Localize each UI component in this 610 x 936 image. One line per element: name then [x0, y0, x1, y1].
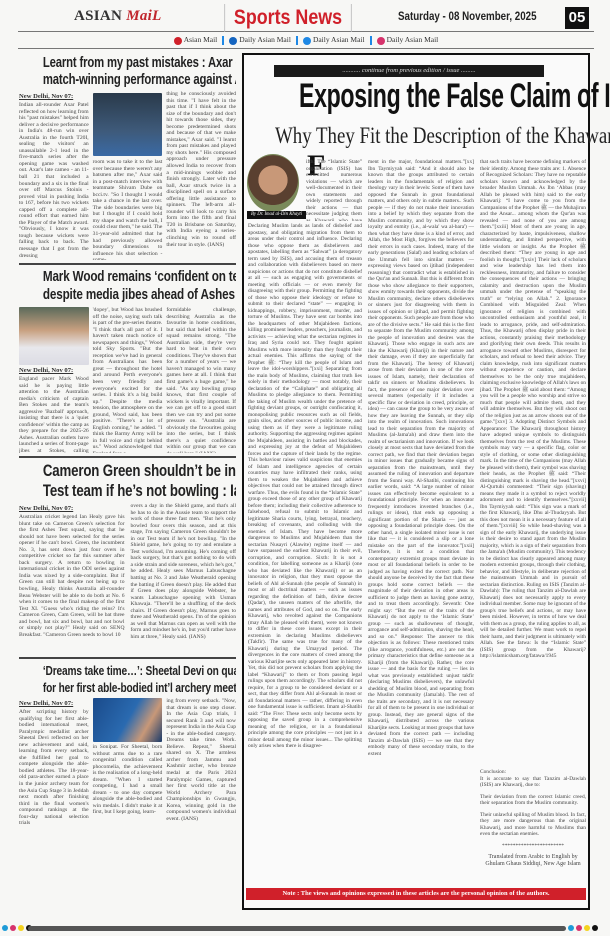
page-number: 05	[565, 7, 589, 29]
article-mark-wood: Mark Wood remains ‘confident on team’ de…	[19, 268, 236, 453]
article-text: England pacer Mark Wood said he is payin…	[19, 376, 89, 453]
social-label: Asian Mail	[184, 35, 218, 44]
mark-wood-photo	[19, 307, 89, 365]
cyan-mark	[568, 925, 574, 931]
article-text: formidable challenge, describing Austral…	[166, 307, 236, 453]
feature-column-2: ment in the major, foundational matters.…	[368, 159, 474, 883]
article-text: thing he consciously avoided this time. …	[166, 91, 236, 248]
disclaimer-note: Note : The views and opinions expressed …	[246, 888, 586, 900]
article-text: Australian cricket legend Ian Healy gave…	[19, 514, 125, 638]
social-links-bar: Asian Mail Daily Asian Mail Daily Asian …	[18, 32, 594, 49]
conclusion-point: Their deviation from the correct Islamic…	[480, 794, 586, 807]
article-text: that such traits have become defining ma…	[480, 159, 586, 660]
magenta-mark	[10, 925, 16, 931]
magenta-mark	[576, 925, 582, 931]
divider	[19, 263, 236, 265]
feature-intro: ifth: The “Islamic State” organisation (…	[306, 159, 362, 221]
logo-suffix: MaiL	[126, 8, 161, 24]
article-text: ifth: The “Islamic State” organisation (…	[306, 159, 362, 221]
black-mark	[592, 925, 598, 931]
dateline: New Delhi, Nov 07:	[19, 505, 125, 512]
article-text: room was to take it to the last over bec…	[93, 159, 163, 260]
sports-column: Learnt from my past mistakes : Axar on m…	[19, 55, 236, 840]
separator	[222, 36, 224, 45]
headline-line-1: ‘Dreams take time…’: Sheetal Devi on qua…	[43, 662, 212, 679]
headline-line-2: for her first able-bodied int’l archery …	[43, 679, 212, 696]
conclusion-point: Their unlawful spilling of Muslim blood.…	[480, 812, 586, 838]
feature-column-1: Declaring Muslim lands as lands of disbe…	[248, 223, 362, 883]
author-photo	[247, 154, 299, 212]
continued-banner: ........... continue from previous editi…	[274, 65, 544, 77]
bottom-bar	[28, 926, 566, 931]
social-label: Daily Asian Mail	[387, 35, 439, 44]
feature-article-isis: ........... continue from previous editi…	[242, 53, 590, 910]
masthead: ASIAN MaiL Sports News Saturday - 08 Nov…	[18, 4, 594, 32]
feature-conclusion: Conclusion:It is accurate to say that Ta…	[480, 769, 586, 885]
social-instagram[interactable]: Daily Asian Mail	[377, 35, 439, 44]
axar-patel-photo	[93, 93, 163, 156]
article-text: Declaring Muslim lands as lands of disbe…	[248, 223, 362, 750]
youtube-icon	[174, 37, 182, 45]
sheetal-devi-photo	[93, 698, 163, 742]
social-twitter[interactable]: Daily Asian Mail	[303, 35, 365, 44]
translator-credit: Translated from Arabic to English by Ghu…	[480, 854, 586, 867]
article-sheetal-devi: ‘Dreams take time…’: Sheetal Devi on qua…	[19, 662, 236, 840]
headline-line-1: Learnt from my past mistakes : Axar on	[43, 55, 212, 72]
issue-date: Saturday - 08 November, 2025	[398, 11, 537, 23]
yellow-mark	[18, 925, 24, 931]
dateline: New Delhi, Nov 07:	[19, 93, 89, 100]
social-label: Daily Asian Mail	[239, 35, 291, 44]
article-text: ing from every setback. "Now, that dream…	[166, 698, 236, 822]
article-text: in Sonipat. For Sheetal, born without ar…	[93, 744, 163, 816]
divider	[19, 456, 236, 458]
social-youtube[interactable]: Asian Mail	[174, 35, 218, 44]
print-registration-marks-right	[568, 925, 598, 931]
asian-mail-logo[interactable]: ASIAN MaiL	[74, 8, 162, 25]
separator	[370, 36, 372, 45]
article-text: After scripting history by qualifying fo…	[19, 709, 89, 827]
article-cameron-green: Cameron Green shouldn’t be in Test team …	[19, 461, 236, 654]
yellow-mark	[584, 925, 590, 931]
headline-line-2: Test team if he’s not bowling : Ian Heal…	[43, 481, 212, 501]
conclusion-intro: It is accurate to say that Tanzim al-Daw…	[480, 776, 586, 789]
twitter-icon	[303, 37, 311, 45]
social-facebook[interactable]: Daily Asian Mail	[229, 35, 291, 44]
conclusion-label: Conclusion:	[480, 769, 506, 775]
article-text: 'dopey', but Wood has brushed off the no…	[93, 307, 163, 453]
headline-line-2: despite media jibes ahead of Ashes opene…	[43, 286, 212, 304]
star-divider: ***********************	[480, 843, 586, 850]
feature-title: Exposing the False Claim of ISIS :	[299, 77, 533, 116]
article-text: Indian all-rounder Axar Patel reflected …	[19, 102, 89, 259]
facebook-icon	[229, 37, 237, 45]
headline-line-1: Mark Wood remains ‘confident on team’	[43, 268, 212, 286]
social-label: Daily Asian Mail	[313, 35, 365, 44]
headline-line-2: match-winning performance against Austra…	[43, 72, 212, 89]
cyan-mark	[2, 925, 8, 931]
feature-subtitle: Why They Fit the Description of the Khaw…	[275, 123, 557, 149]
dateline: New Delhi, Nov 07:	[19, 700, 89, 707]
dateline: New Delhi, Nov 07:	[19, 367, 89, 374]
section-title: Sports News	[224, 4, 352, 32]
author-caption: By Dr. Imad al-Din Khayti	[247, 211, 306, 219]
headline-line-1: Cameron Green shouldn’t be in	[43, 461, 212, 481]
separator	[296, 36, 298, 45]
logo-prefix: ASIAN	[74, 8, 122, 24]
article-axar: Learnt from my past mistakes : Axar on m…	[19, 55, 236, 260]
article-text: overs a day in the Shield game, and that…	[131, 503, 237, 640]
divider	[19, 657, 236, 659]
feature-column-3: that such traits have become defining ma…	[480, 159, 586, 767]
instagram-icon	[377, 37, 385, 45]
article-text: ment in the major, foundational matters.…	[368, 159, 474, 757]
